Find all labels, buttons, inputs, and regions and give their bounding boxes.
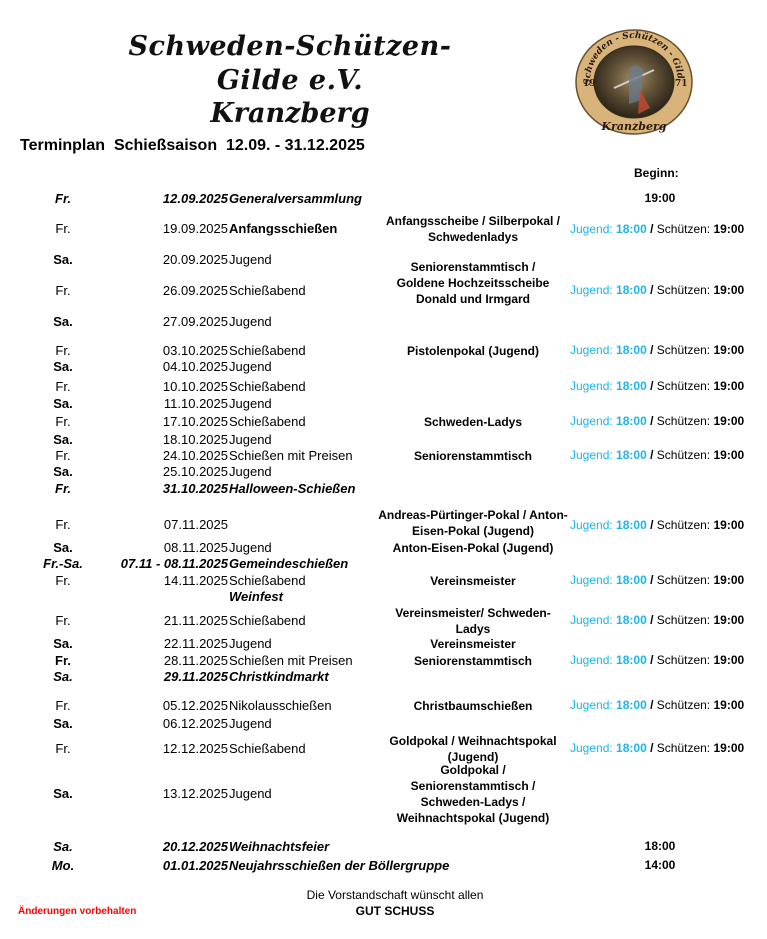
row-note: Vereinsmeister/ Schweden-Ladys	[378, 605, 568, 637]
row-note: Christbaumschießen	[378, 698, 568, 714]
row-day: Fr.	[30, 517, 96, 532]
jugend-label: Jugend:	[570, 653, 613, 667]
row-day: Mo.	[30, 858, 96, 873]
row-date: 28.11.2025	[100, 653, 228, 668]
row-event: Jugend	[229, 396, 389, 411]
schuetzen-time: 19:00	[713, 222, 744, 236]
row-day: Fr.	[30, 448, 96, 463]
jugend-label: Jugend:	[570, 613, 613, 627]
row-event: Schießabend	[229, 283, 389, 298]
jugend-label: Jugend:	[570, 379, 613, 393]
row-date: 10.10.2025	[100, 379, 228, 394]
row-day: Sa.	[30, 314, 96, 329]
row-date: 27.09.2025	[100, 314, 228, 329]
row-date: 31.10.2025	[100, 481, 228, 496]
row-time: Jugend: 18:00 / Schützen: 19:00	[570, 343, 760, 357]
time-separator: /	[647, 573, 657, 587]
jugend-time: 18:00	[616, 414, 647, 428]
jugend-label: Jugend:	[570, 283, 613, 297]
schuetzen-time: 19:00	[713, 741, 744, 755]
time-separator: /	[647, 698, 657, 712]
row-time: Jugend: 18:00 / Schützen: 19:00	[570, 283, 760, 297]
schuetzen-label: Schützen:	[657, 741, 710, 755]
time-separator: /	[647, 741, 657, 755]
schuetzen-label: Schützen:	[657, 283, 710, 297]
row-event: Halloween-Schießen	[229, 481, 389, 496]
row-event: Weinfest	[229, 589, 389, 604]
time-separator: /	[647, 379, 657, 393]
schuetzen-label: Schützen:	[657, 613, 710, 627]
row-event: Anfangsschießen	[229, 221, 389, 236]
row-time: Jugend: 18:00 / Schützen: 19:00	[570, 613, 760, 627]
jugend-time: 18:00	[616, 613, 647, 627]
time-separator: /	[647, 613, 657, 627]
jugend-time: 18:00	[616, 653, 647, 667]
row-day: Fr.	[30, 481, 96, 496]
row-time: Jugend: 18:00 / Schützen: 19:00	[570, 414, 760, 428]
row-date: 04.10.2025	[100, 359, 228, 374]
row-date: 06.12.2025	[100, 716, 228, 731]
schuetzen-label: Schützen:	[657, 414, 710, 428]
jugend-time: 18:00	[616, 283, 647, 297]
schuetzen-time: 19:00	[713, 518, 744, 532]
jugend-label: Jugend:	[570, 343, 613, 357]
row-day: Fr.	[30, 653, 96, 668]
time-separator: /	[647, 222, 657, 236]
svg-text:19: 19	[583, 79, 596, 89]
row-day: Fr.	[30, 741, 96, 756]
row-event: Nikolausschießen	[229, 698, 389, 713]
row-note: Andreas-Pürtinger-Pokal / Anton-Eisen-Po…	[378, 507, 568, 539]
row-note: Vereinsmeister	[378, 636, 568, 652]
row-event: Schießen mit Preisen	[229, 448, 389, 463]
row-day: Sa.	[30, 669, 96, 684]
disclaimer: Änderungen vorbehalten	[18, 906, 136, 917]
svg-text:71: 71	[675, 79, 688, 89]
row-event: Schießabend	[229, 613, 389, 628]
row-event: Schießabend	[229, 573, 389, 588]
row-date: 20.09.2025	[100, 252, 228, 267]
row-day: Fr.	[30, 343, 96, 358]
club-title: Schweden-Schützen-Gilde e.V. Kranzberg	[100, 30, 480, 130]
row-day: Fr.	[30, 414, 96, 429]
row-day: Sa.	[30, 716, 96, 731]
row-date: 17.10.2025	[100, 414, 228, 429]
row-day: Fr.-Sa.	[30, 556, 96, 571]
jugend-label: Jugend:	[570, 518, 613, 532]
row-event: Generalversammlung	[229, 191, 389, 206]
row-date: 05.12.2025	[100, 698, 228, 713]
row-event: Christkindmarkt	[229, 669, 389, 684]
jugend-label: Jugend:	[570, 222, 613, 236]
svg-text:Kranzberg: Kranzberg	[601, 120, 667, 133]
row-day: Fr.	[30, 283, 96, 298]
row-event: Jugend	[229, 464, 389, 479]
schuetzen-label: Schützen:	[657, 222, 710, 236]
jugend-time: 18:00	[616, 698, 647, 712]
row-time: Jugend: 18:00 / Schützen: 19:00	[570, 518, 760, 532]
row-note: Goldpokal / Weihnachtspokal (Jugend)	[378, 733, 568, 765]
row-date: 13.12.2025	[100, 786, 228, 801]
row-event: Jugend	[229, 786, 389, 801]
schuetzen-label: Schützen:	[657, 653, 710, 667]
row-time: Jugend: 18:00 / Schützen: 19:00	[570, 448, 760, 462]
row-event: Jugend	[229, 540, 389, 555]
schuetzen-time: 19:00	[713, 414, 744, 428]
row-date: 21.11.2025	[100, 613, 228, 628]
row-note: Anton-Eisen-Pokal (Jugend)	[378, 540, 568, 556]
row-date: 01.01.2025	[100, 858, 228, 873]
time-separator: /	[647, 518, 657, 532]
row-date: 18.10.2025	[100, 432, 228, 447]
row-day: Fr.	[30, 221, 96, 236]
row-event: Jugend	[229, 314, 389, 329]
jugend-time: 18:00	[616, 379, 647, 393]
jugend-label: Jugend:	[570, 698, 613, 712]
time-separator: /	[647, 343, 657, 357]
row-date: 14.11.2025	[100, 573, 228, 588]
row-day: Sa.	[30, 839, 96, 854]
schuetzen-label: Schützen:	[657, 518, 710, 532]
row-date: 11.10.2025	[100, 396, 228, 411]
club-name: Schweden-Schützen-Gilde e.V.	[100, 30, 480, 98]
row-date: 07.11 - 08.11.2025	[100, 556, 228, 571]
row-day: Fr.	[30, 573, 96, 588]
row-date: 12.12.2025	[100, 741, 228, 756]
row-date: 03.10.2025	[100, 343, 228, 358]
row-time: Jugend: 18:00 / Schützen: 19:00	[570, 653, 760, 667]
schuetzen-label: Schützen:	[657, 573, 710, 587]
row-time: Jugend: 18:00 / Schützen: 19:00	[570, 222, 760, 236]
jugend-label: Jugend:	[570, 414, 613, 428]
gut-schuss: GUT SCHUSS	[270, 903, 520, 919]
row-time: 18:00	[620, 839, 700, 853]
row-event: Jugend	[229, 252, 389, 267]
jugend-label: Jugend:	[570, 741, 613, 755]
beginn-label: Beginn:	[634, 166, 679, 180]
jugend-time: 18:00	[616, 518, 647, 532]
row-date: 20.12.2025	[100, 839, 228, 854]
row-event: Jugend	[229, 359, 389, 374]
row-time: Jugend: 18:00 / Schützen: 19:00	[570, 741, 760, 755]
row-note: Seniorenstammtisch	[378, 448, 568, 464]
schuetzen-time: 19:00	[713, 283, 744, 297]
jugend-label: Jugend:	[570, 448, 613, 462]
row-date: 24.10.2025	[100, 448, 228, 463]
page-heading: Terminplan Schießsaison 12.09. - 31.12.2…	[20, 137, 365, 155]
schuetzen-time: 19:00	[713, 573, 744, 587]
schuetzen-time: 19:00	[713, 653, 744, 667]
row-day: Fr.	[30, 191, 96, 206]
row-event: Schießen mit Preisen	[229, 653, 389, 668]
row-day: Fr.	[30, 379, 96, 394]
row-note: Seniorenstammtisch	[378, 653, 568, 669]
row-day: Sa.	[30, 786, 96, 801]
row-note: Anfangsscheibe / Silberpokal / Schwedenl…	[378, 213, 568, 245]
row-note: Seniorenstammtisch / Goldene Hochzeitssc…	[388, 259, 558, 307]
time-separator: /	[647, 414, 657, 428]
row-day: Fr.	[30, 698, 96, 713]
row-event: Neujahrsschießen der Böllergruppe	[229, 858, 389, 873]
row-note: Vereinsmeister	[378, 573, 568, 589]
row-day: Sa.	[30, 432, 96, 447]
footer-wish: Die Vorstandschaft wünscht allen GUT SCH…	[270, 887, 520, 919]
schuetzen-time: 19:00	[713, 698, 744, 712]
row-event: Schießabend	[229, 379, 389, 394]
schuetzen-label: Schützen:	[657, 343, 710, 357]
row-date: 29.11.2025	[100, 669, 228, 684]
schuetzen-time: 19:00	[713, 613, 744, 627]
row-event: Schießabend	[229, 741, 389, 756]
row-event: Weihnachtsfeier	[229, 839, 389, 854]
schuetzen-label: Schützen:	[657, 448, 710, 462]
row-note: Schweden-Ladys	[378, 414, 568, 430]
wish-line: Die Vorstandschaft wünscht allen	[270, 887, 520, 903]
row-note: Pistolenpokal (Jugend)	[378, 343, 568, 359]
row-date: 22.11.2025	[100, 636, 228, 651]
row-event: Gemeindeschießen	[229, 556, 389, 571]
jugend-label: Jugend:	[570, 573, 613, 587]
row-time: Jugend: 18:00 / Schützen: 19:00	[570, 379, 760, 393]
row-time: Jugend: 18:00 / Schützen: 19:00	[570, 573, 760, 587]
row-date: 26.09.2025	[100, 283, 228, 298]
schuetzen-time: 19:00	[713, 379, 744, 393]
club-emblem-icon: Schweden - Schützen - Gilde 19 71 Kranzb…	[574, 28, 694, 136]
schuetzen-label: Schützen:	[657, 379, 710, 393]
row-date: 07.11.2025	[100, 517, 228, 532]
schuetzen-time: 19:00	[713, 448, 744, 462]
time-separator: /	[647, 448, 657, 462]
time-separator: /	[647, 653, 657, 667]
row-time: Jugend: 18:00 / Schützen: 19:00	[570, 698, 760, 712]
row-date: 25.10.2025	[100, 464, 228, 479]
schuetzen-label: Schützen:	[657, 698, 710, 712]
row-date: 08.11.2025	[100, 540, 228, 555]
row-day: Sa.	[30, 540, 96, 555]
row-day: Fr.	[30, 613, 96, 628]
club-town: Kranzberg	[100, 98, 480, 130]
jugend-time: 18:00	[616, 741, 647, 755]
row-day: Sa.	[30, 252, 96, 267]
row-event: Jugend	[229, 636, 389, 651]
row-day: Sa.	[30, 396, 96, 411]
row-event: Jugend	[229, 716, 389, 731]
row-day: Sa.	[30, 464, 96, 479]
row-event: Schießabend	[229, 343, 389, 358]
row-time: 14:00	[620, 858, 700, 872]
row-day: Sa.	[30, 636, 96, 651]
row-event: Jugend	[229, 432, 389, 447]
row-date: 12.09.2025	[100, 191, 228, 206]
row-time: 19:00	[620, 191, 700, 205]
jugend-time: 18:00	[616, 573, 647, 587]
row-note: Goldpokal / Seniorenstammtisch / Schwede…	[393, 762, 553, 826]
time-separator: /	[647, 283, 657, 297]
jugend-time: 18:00	[616, 448, 647, 462]
row-date: 19.09.2025	[100, 221, 228, 236]
row-event: Schießabend	[229, 414, 389, 429]
jugend-time: 18:00	[616, 343, 647, 357]
row-day: Sa.	[30, 359, 96, 374]
schuetzen-time: 19:00	[713, 343, 744, 357]
jugend-time: 18:00	[616, 222, 647, 236]
